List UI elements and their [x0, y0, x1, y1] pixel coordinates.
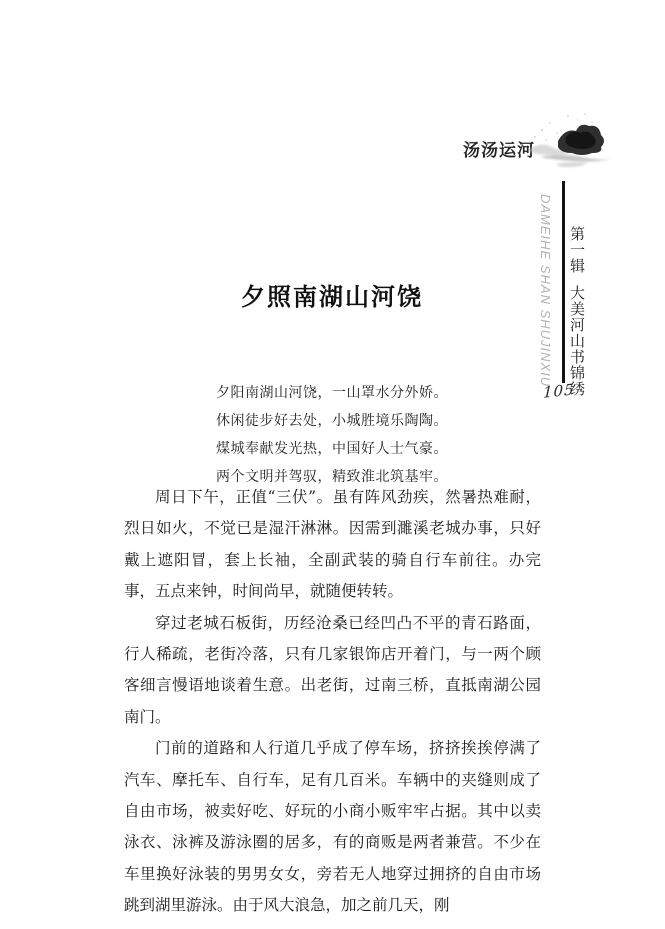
sidebar-pinyin-caption: DAMEIHE SHAN SHUJINXIU — [538, 194, 553, 389]
poem-line: 休闲徒步好去处，小城胜境乐陶陶。 — [124, 407, 540, 435]
ink-painting-image — [522, 110, 626, 178]
section-label: 第一辑 — [568, 226, 586, 274]
article-title: 夕照南湖山河饶 — [124, 277, 540, 312]
sidebar-rule-divider — [562, 181, 565, 383]
poem-line: 煤城奉献发光热，中国好人士气豪。 — [124, 435, 540, 463]
body-paragraph: 门前的道路和人行道几乎成了停车场，挤挤挨挨停满了汽车、摩托车、自行车，足有几百米… — [124, 733, 541, 921]
poem-block: 夕阳南湖山河饶，一山罩水分外娇。 休闲徒步好去处，小城胜境乐陶陶。 煤城奉献发光… — [124, 379, 540, 491]
sidebar-section-text: 第一辑大美河山书锦绣 — [567, 226, 588, 397]
body-paragraph: 周日下午，正值“三伏”。虽有阵风劲疾，然暑热难耐，烈日如火，不觉已是湿汗淋淋。因… — [124, 482, 541, 608]
book-page: 汤汤运河 DAMEIHE SHAN SHUJINXIU 第一辑大美河山书锦绣 1… — [0, 0, 665, 929]
body-paragraph: 穿过老城石板街，历经沧桑已经凹凸不平的青石路面，行人稀疏，老街冷落，只有几家银饰… — [124, 608, 541, 734]
poem-line: 夕阳南湖山河饶，一山罩水分外娇。 — [124, 379, 540, 407]
article-body: 周日下午，正值“三伏”。虽有阵风劲疾，然暑热难耐，烈日如火，不觉已是湿汗淋淋。因… — [124, 482, 541, 922]
page-number: 105 — [543, 380, 575, 401]
